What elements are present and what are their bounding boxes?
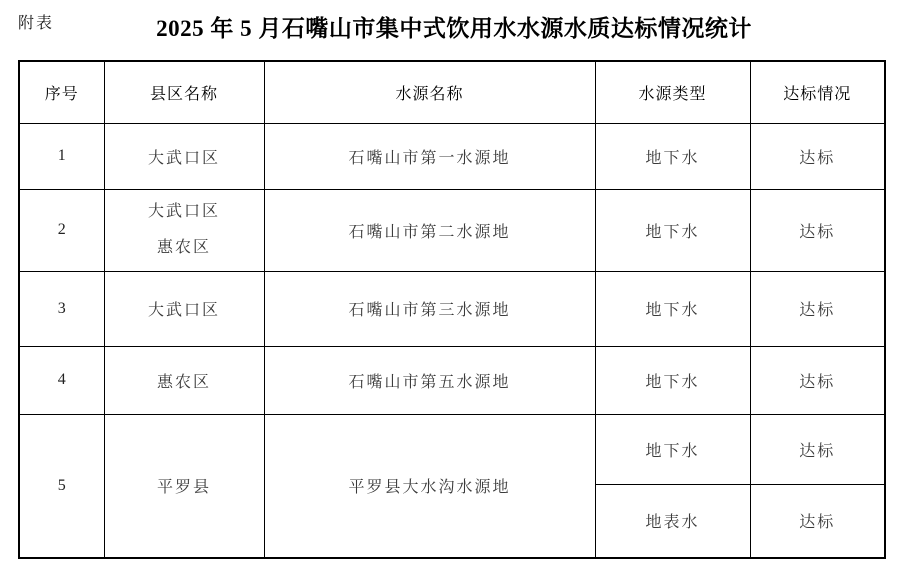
cell-no: 3	[19, 271, 104, 346]
table-row: 2 大武口区 惠农区 石嘴山市第二水源地 地下水 达标	[19, 189, 885, 271]
cell-district: 大武口区	[104, 271, 264, 346]
cell-source-name: 石嘴山市第二水源地	[264, 189, 595, 271]
district-line-2: 惠农区	[109, 230, 260, 266]
appendix-label: 附表	[18, 10, 54, 33]
table-row: 5 平罗县 平罗县大水沟水源地 地下水 达标	[19, 414, 885, 484]
column-header-source-type: 水源类型	[595, 61, 750, 123]
cell-status: 达标	[750, 123, 885, 189]
column-header-no: 序号	[19, 61, 104, 123]
cell-status: 达标	[750, 271, 885, 346]
cell-status: 达标	[750, 484, 885, 558]
cell-no: 5	[19, 414, 104, 558]
cell-source-type: 地下水	[595, 346, 750, 414]
page-title: 2025 年 5 月石嘴山市集中式饮用水水源水质达标情况统计	[0, 8, 908, 43]
cell-source-type: 地下水	[595, 123, 750, 189]
cell-no: 4	[19, 346, 104, 414]
water-quality-table: 序号 县区名称 水源名称 水源类型 达标情况 1 大武口区 石嘴山市第一水源地 …	[18, 60, 886, 559]
cell-source-name: 石嘴山市第五水源地	[264, 346, 595, 414]
cell-district: 平罗县	[104, 414, 264, 558]
cell-source-name: 石嘴山市第一水源地	[264, 123, 595, 189]
column-header-district: 县区名称	[104, 61, 264, 123]
document-header: 附表 2025 年 5 月石嘴山市集中式饮用水水源水质达标情况统计	[0, 0, 908, 52]
cell-no: 2	[19, 189, 104, 271]
column-header-source-name: 水源名称	[264, 61, 595, 123]
table-row: 3 大武口区 石嘴山市第三水源地 地下水 达标	[19, 271, 885, 346]
table-row: 4 惠农区 石嘴山市第五水源地 地下水 达标	[19, 346, 885, 414]
table-row: 1 大武口区 石嘴山市第一水源地 地下水 达标	[19, 123, 885, 189]
cell-status: 达标	[750, 414, 885, 484]
cell-source-type: 地下水	[595, 414, 750, 484]
table-header-row: 序号 县区名称 水源名称 水源类型 达标情况	[19, 61, 885, 123]
cell-source-name: 石嘴山市第三水源地	[264, 271, 595, 346]
cell-no: 1	[19, 123, 104, 189]
cell-status: 达标	[750, 346, 885, 414]
column-header-status: 达标情况	[750, 61, 885, 123]
cell-source-type: 地表水	[595, 484, 750, 558]
district-line-1: 大武口区	[109, 194, 260, 230]
cell-status: 达标	[750, 189, 885, 271]
cell-source-type: 地下水	[595, 271, 750, 346]
cell-district: 惠农区	[104, 346, 264, 414]
document-page: 附表 2025 年 5 月石嘴山市集中式饮用水水源水质达标情况统计 序号 县区名…	[0, 0, 908, 580]
cell-district: 大武口区	[104, 123, 264, 189]
cell-source-type: 地下水	[595, 189, 750, 271]
cell-source-name: 平罗县大水沟水源地	[264, 414, 595, 558]
cell-district: 大武口区 惠农区	[104, 189, 264, 271]
